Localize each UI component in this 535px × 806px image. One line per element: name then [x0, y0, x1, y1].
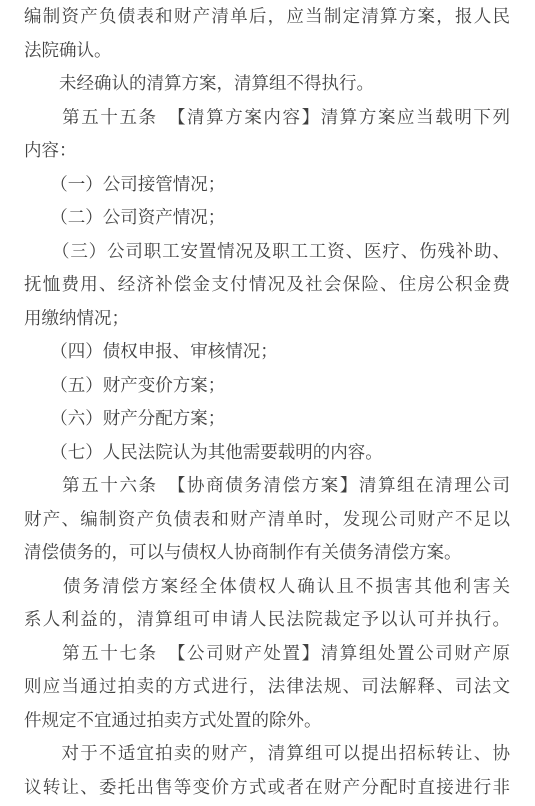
list-item-6: （六）财产分配方案； — [24, 402, 510, 436]
paragraph-non-auction-disposal: 对于不适宜拍卖的财产，清算组可以提出招标转让、协议转让、委托出售等变价方式或者在… — [24, 737, 510, 804]
text-line: 未经确认的清算方案，清算组不得执行。 — [24, 67, 510, 101]
text-line: 则应当通过拍卖的方式进行，法律法规、司法解释、司法文 — [24, 670, 510, 704]
text-line: （一）公司接管情况； — [24, 168, 510, 202]
list-item-2: （二）公司资产情况； — [24, 201, 510, 235]
text-line: （四）债权申报、审核情况； — [24, 335, 510, 369]
text-line: 议转让、委托出售等变价方式或者在财产分配时直接进行非 — [24, 771, 510, 805]
text-line: 用缴纳情况； — [24, 302, 510, 336]
list-item-4: （四）债权申报、审核情况； — [24, 335, 510, 369]
paragraph-unconfirmed-plan: 未经确认的清算方案，清算组不得执行。 — [24, 67, 510, 101]
page-content: 编制资产负债表和财产清单后，应当制定清算方案，报人民法院确认。 未经确认的清算方… — [0, 0, 535, 806]
text-line: 第五十六条 【协商债务清偿方案】清算组在清理公司 — [24, 469, 510, 503]
continuation-paragraph: 编制资产负债表和财产清单后，应当制定清算方案，报人民法院确认。 — [24, 0, 510, 67]
text-line: （三）公司职工安置情况及职工工资、医疗、伤残补助、 — [24, 235, 510, 269]
article-56-paragraph: 第五十六条 【协商债务清偿方案】清算组在清理公司财产、编制资产负债表和财产清单时… — [24, 469, 510, 570]
article-55-paragraph: 第五十五条 【清算方案内容】清算方案应当载明下列内容： — [24, 101, 510, 168]
text-line: 抚恤费用、经济补偿金支付情况及社会保险、住房公积金费 — [24, 268, 510, 302]
text-line: 对于不适宜拍卖的财产，清算组可以提出招标转让、协 — [24, 737, 510, 771]
text-line: 内容： — [24, 134, 510, 168]
document-page: { "page": { "background": "#ffffff", "te… — [0, 0, 535, 806]
text-line: 系人利益的，清算组可申请人民法院裁定予以认可并执行。 — [24, 603, 510, 637]
text-line: （五）财产变价方案； — [24, 369, 510, 403]
text-line: 法院确认。 — [24, 34, 510, 68]
text-line: 清偿债务的，可以与债权人协商制作有关债务清偿方案。 — [24, 536, 510, 570]
text-line: 第五十五条 【清算方案内容】清算方案应当载明下列 — [24, 101, 510, 135]
list-item-7: （七）人民法院认为其他需要载明的内容。 — [24, 436, 510, 470]
text-line: 财产、编制资产负债表和财产清单时，发现公司财产不足以 — [24, 503, 510, 537]
text-line: 编制资产负债表和财产清单后，应当制定清算方案，报人民 — [24, 0, 510, 34]
text-line: （二）公司资产情况； — [24, 201, 510, 235]
text-line: 债务清偿方案经全体债权人确认且不损害其他利害关 — [24, 570, 510, 604]
text-line: 件规定不宜通过拍卖方式处置的除外。 — [24, 704, 510, 738]
text-line: （六）财产分配方案； — [24, 402, 510, 436]
text-line: 第五十七条 【公司财产处置】清算组处置公司财产原 — [24, 637, 510, 671]
paragraph-debt-plan-approval: 债务清偿方案经全体债权人确认且不损害其他利害关系人利益的，清算组可申请人民法院裁… — [24, 570, 510, 637]
list-item-5: （五）财产变价方案； — [24, 369, 510, 403]
article-57-paragraph: 第五十七条 【公司财产处置】清算组处置公司财产原则应当通过拍卖的方式进行，法律法… — [24, 637, 510, 738]
list-item-1: （一）公司接管情况； — [24, 168, 510, 202]
text-line: （七）人民法院认为其他需要载明的内容。 — [24, 436, 510, 470]
list-item-3: （三）公司职工安置情况及职工工资、医疗、伤残补助、抚恤费用、经济补偿金支付情况及… — [24, 235, 510, 336]
